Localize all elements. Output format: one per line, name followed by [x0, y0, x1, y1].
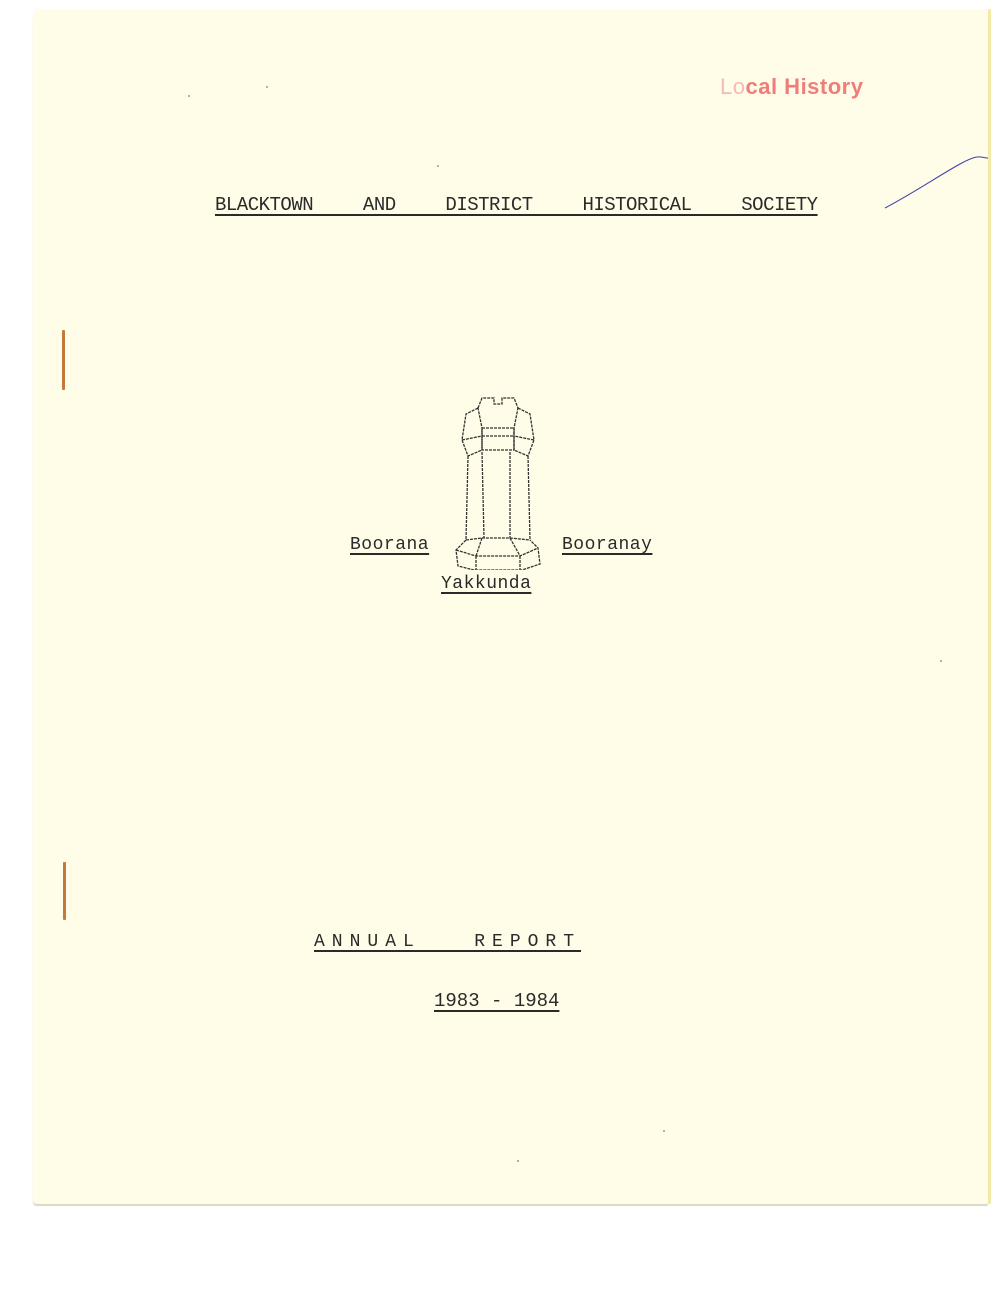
paper-speck: [940, 660, 942, 662]
report-title: ANNUAL REPORT: [314, 932, 581, 952]
paper-speck: [437, 165, 439, 167]
pen-mark: [880, 150, 990, 220]
paper-speck: [663, 1130, 665, 1132]
stamp-text: cal History: [745, 74, 863, 99]
paper-speck: [188, 95, 190, 97]
staple-top: [62, 330, 65, 390]
staple-bottom: [63, 862, 66, 920]
paper-speck: [266, 86, 268, 88]
motto-right: Booranay: [562, 535, 652, 555]
local-history-stamp: Local History: [720, 74, 863, 100]
document-page: [33, 9, 988, 1204]
society-title: BLACKTOWN AND DISTRICT HISTORICAL SOCIET…: [215, 194, 818, 216]
report-years: 1983 - 1984: [434, 990, 559, 1012]
paper-speck: [517, 1160, 519, 1162]
motto-bottom: Yakkunda: [441, 574, 531, 594]
castle-tower-icon: [452, 390, 542, 570]
motto-left: Boorana: [350, 535, 429, 555]
stamp-faded-prefix: Lo: [720, 74, 745, 99]
